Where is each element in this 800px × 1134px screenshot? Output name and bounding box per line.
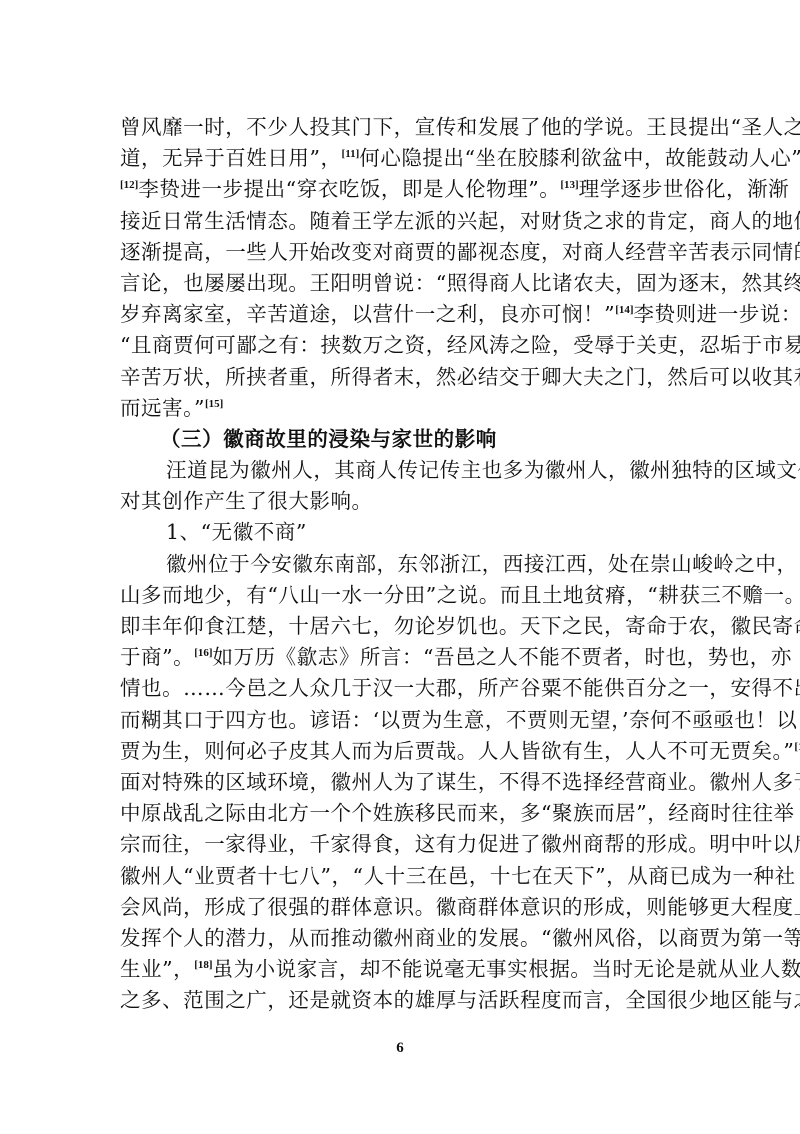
- footnote-ref: [14]: [615, 304, 633, 316]
- text-line: 即丰年仰食江楚，十居六七，勿论岁饥也。天下之民，寄命于农，徽民寄命: [120, 611, 710, 642]
- text-line: 而远害。”[15]: [120, 393, 710, 424]
- text-line: 情也。……今邑之人众几于汉一大郡，所产谷粟不能供百分之一，安得不出: [120, 673, 710, 704]
- text-segment: 道，无异于百姓日用”，: [120, 146, 342, 170]
- text-line: 道，无异于百姓日用”，[11]何心隐提出“坐在胶膝利欲盆中，故能鼓动人心”，: [120, 143, 710, 174]
- text-line: 汪道昆为徽州人，其商人传记传主也多为徽州人，徽州独特的区域文化: [120, 455, 710, 486]
- text-line: 山多而地少，有“八山一水一分田”之说。而且土地贫瘠，“耕获三不赡一。: [120, 580, 710, 611]
- text-segment: 虽为小说家言，却不能说毫无事实根据。当时无论是就从业人数: [213, 957, 800, 981]
- text-segment: 汪道昆为徽州人，其商人传记传主也多为徽州人，徽州独特的区域文化: [166, 458, 800, 482]
- text-line: 之多、范围之广，还是就资本的雄厚与活跃程度而言，全国很少地区能与之: [120, 985, 710, 1016]
- text-line: 1、“无徽不商”: [120, 517, 710, 548]
- text-line: 而糊其口于四方也。谚语：‘以贾为生意，不贾则无望，’奈何不亟亟也！以: [120, 705, 710, 736]
- page-number: 6: [0, 1040, 800, 1057]
- text-line: 生业”，[18]虽为小说家言，却不能说毫无事实根据。当时无论是就从业人数: [120, 954, 710, 985]
- text-segment: 生业”，: [120, 957, 194, 981]
- text-segment: （三）徽商故里的浸染与家世的影响: [160, 427, 497, 451]
- text-segment: 而糊其口于四方也。谚语：‘以贾为生意，不贾则无望，’奈何不亟亟也！以: [120, 708, 797, 732]
- text-segment: 而远害。”: [120, 396, 205, 420]
- text-segment: 即丰年仰食江楚，十居六七，勿论岁饥也。天下之民，寄命于农，徽民寄命: [120, 614, 800, 638]
- text-segment: 贾为生，则何必子皮其人而为后贾哉。人人皆欲有生，人人不可无贾矣。”: [120, 739, 794, 763]
- text-segment: 宗而往，一家得业，千家得食，这有力促进了徽州商帮的形成。明中叶以后，: [120, 832, 800, 856]
- text-line: 辛苦万状，所挟者重，所得者末，然必结交于卿大夫之门，然后可以收其利: [120, 362, 710, 393]
- text-line: 会风尚，形成了很强的群体意识。徽商群体意识的形成，则能够更大程度上: [120, 892, 710, 923]
- text-line: 贾为生，则何必子皮其人而为后贾哉。人人皆欲有生，人人不可无贾矣。”[17]: [120, 736, 710, 767]
- footnote-ref: [11]: [342, 148, 360, 160]
- text-segment: 李贽进一步提出“穿衣吃饭，即是人伦物理”。: [138, 177, 560, 201]
- footnote-ref: [17]: [794, 741, 800, 753]
- text-segment: 对其创作产生了很大影响。: [120, 489, 373, 513]
- text-line: 发挥个人的潜力，从而推动徽州商业的发展。“徽州风俗，以商贾为第一等: [120, 923, 710, 954]
- text-segment: 发挥个人的潜力，从而推动徽州商业的发展。“徽州风俗，以商贾为第一等: [120, 926, 800, 950]
- text-segment: 逐渐提高，一些人开始改变对商贾的鄙视态度，对商人经营辛苦表示同情的: [120, 240, 800, 264]
- text-segment: 于商”。: [120, 645, 194, 669]
- text-segment: 岁弃离家室，辛苦道途，以营什一之利，良亦可悯！”: [120, 302, 615, 326]
- text-line: 言论，也屡屡出现。王阳明曾说：“照得商人比诸农夫，固为逐末，然其终: [120, 268, 710, 299]
- footnote-ref: [13]: [560, 179, 578, 191]
- text-line: 逐渐提高，一些人开始改变对商贾的鄙视态度，对商人经营辛苦表示同情的: [120, 237, 710, 268]
- text-segment: 曾风靡一时，不少人投其门下，宣传和发展了他的学说。王艮提出“圣人之: [120, 115, 800, 139]
- text-line: “且商贾何可鄙之有：挟数万之资，经风涛之险，受辱于关吏，忍垢于市易，: [120, 330, 710, 361]
- text-line: 曾风靡一时，不少人投其门下，宣传和发展了他的学说。王艮提出“圣人之: [120, 112, 710, 143]
- text-segment: 如万历《歙志》所言：“吾邑之人不能不贾者，时也，势也，亦: [213, 645, 792, 669]
- text-segment: 何心隐提出“坐在胶膝利欲盆中，故能鼓动人心”，: [359, 146, 800, 170]
- document-page: 曾风靡一时，不少人投其门下，宣传和发展了他的学说。王艮提出“圣人之道，无异于百姓…: [0, 0, 800, 1134]
- footnote-ref: [15]: [205, 398, 223, 410]
- text-segment: 面对特殊的区域环境，徽州人为了谋生，不得不选择经营商业。徽州人多于: [120, 770, 800, 794]
- text-segment: 中原战乱之际由北方一个个姓族移民而来，多“聚族而居”，经商时往往举: [120, 801, 795, 825]
- text-line: 面对特殊的区域环境，徽州人为了谋生，不得不选择经营商业。徽州人多于: [120, 767, 710, 798]
- text-line: 徽州位于今安徽东南部，东邻浙江，西接江西，处在崇山峻岭之中，: [120, 549, 710, 580]
- text-segment: 辛苦万状，所挟者重，所得者末，然必结交于卿大夫之门，然后可以收其利: [120, 365, 800, 389]
- text-segment: 李贽则进一步说：: [634, 302, 800, 326]
- body-text: 曾风靡一时，不少人投其门下，宣传和发展了他的学说。王艮提出“圣人之道，无异于百姓…: [120, 112, 710, 1016]
- footnote-ref: [16]: [194, 647, 212, 659]
- text-segment: 徽州位于今安徽东南部，东邻浙江，西接江西，处在崇山峻岭之中，: [166, 552, 798, 576]
- text-line: [12]李贽进一步提出“穿衣吃饭，即是人伦物理”。[13]理学逐步世俗化，渐渐: [120, 174, 710, 205]
- text-segment: 之多、范围之广，还是就资本的雄厚与活跃程度而言，全国很少地区能与之: [120, 988, 800, 1012]
- text-segment: 1、“无徽不商”: [166, 520, 307, 544]
- text-segment: 会风尚，形成了很强的群体意识。徽商群体意识的形成，则能够更大程度上: [120, 895, 800, 919]
- text-line: 徽州人“业贾者十七八”，“人十三在邑，十七在天下”，从商已成为一种社: [120, 861, 710, 892]
- text-segment: 言论，也屡屡出现。王阳明曾说：“照得商人比诸农夫，固为逐末，然其终: [120, 271, 800, 295]
- text-segment: 徽州人“业贾者十七八”，“人十三在邑，十七在天下”，从商已成为一种社: [120, 864, 796, 888]
- section-heading: （三）徽商故里的浸染与家世的影响: [120, 424, 710, 455]
- text-segment: 理学逐步世俗化，渐渐: [579, 177, 790, 201]
- text-segment: 山多而地少，有“八山一水一分田”之说。而且土地贫瘠，“耕获三不赡一。: [120, 583, 800, 607]
- footnote-ref: [18]: [194, 959, 212, 971]
- text-line: 对其创作产生了很大影响。: [120, 486, 710, 517]
- text-line: 中原战乱之际由北方一个个姓族移民而来，多“聚族而居”，经商时往往举: [120, 798, 710, 829]
- text-line: 于商”。[16]如万历《歙志》所言：“吾邑之人不能不贾者，时也，势也，亦: [120, 642, 710, 673]
- text-line: 岁弃离家室，辛苦道途，以营什一之利，良亦可悯！”[14]李贽则进一步说：: [120, 299, 710, 330]
- text-segment: 情也。……今邑之人众几于汉一大郡，所产谷粟不能供百分之一，安得不出: [120, 676, 800, 700]
- footnote-ref: [12]: [120, 179, 138, 191]
- text-segment: “且商贾何可鄙之有：挟数万之资，经风涛之险，受辱于关吏，忍垢于市易，: [120, 333, 800, 357]
- text-line: 宗而往，一家得业，千家得食，这有力促进了徽州商帮的形成。明中叶以后，: [120, 829, 710, 860]
- text-line: 接近日常生活情态。随着王学左派的兴起，对财货之求的肯定，商人的地位: [120, 206, 710, 237]
- text-segment: 接近日常生活情态。随着王学左派的兴起，对财货之求的肯定，商人的地位: [120, 209, 800, 233]
